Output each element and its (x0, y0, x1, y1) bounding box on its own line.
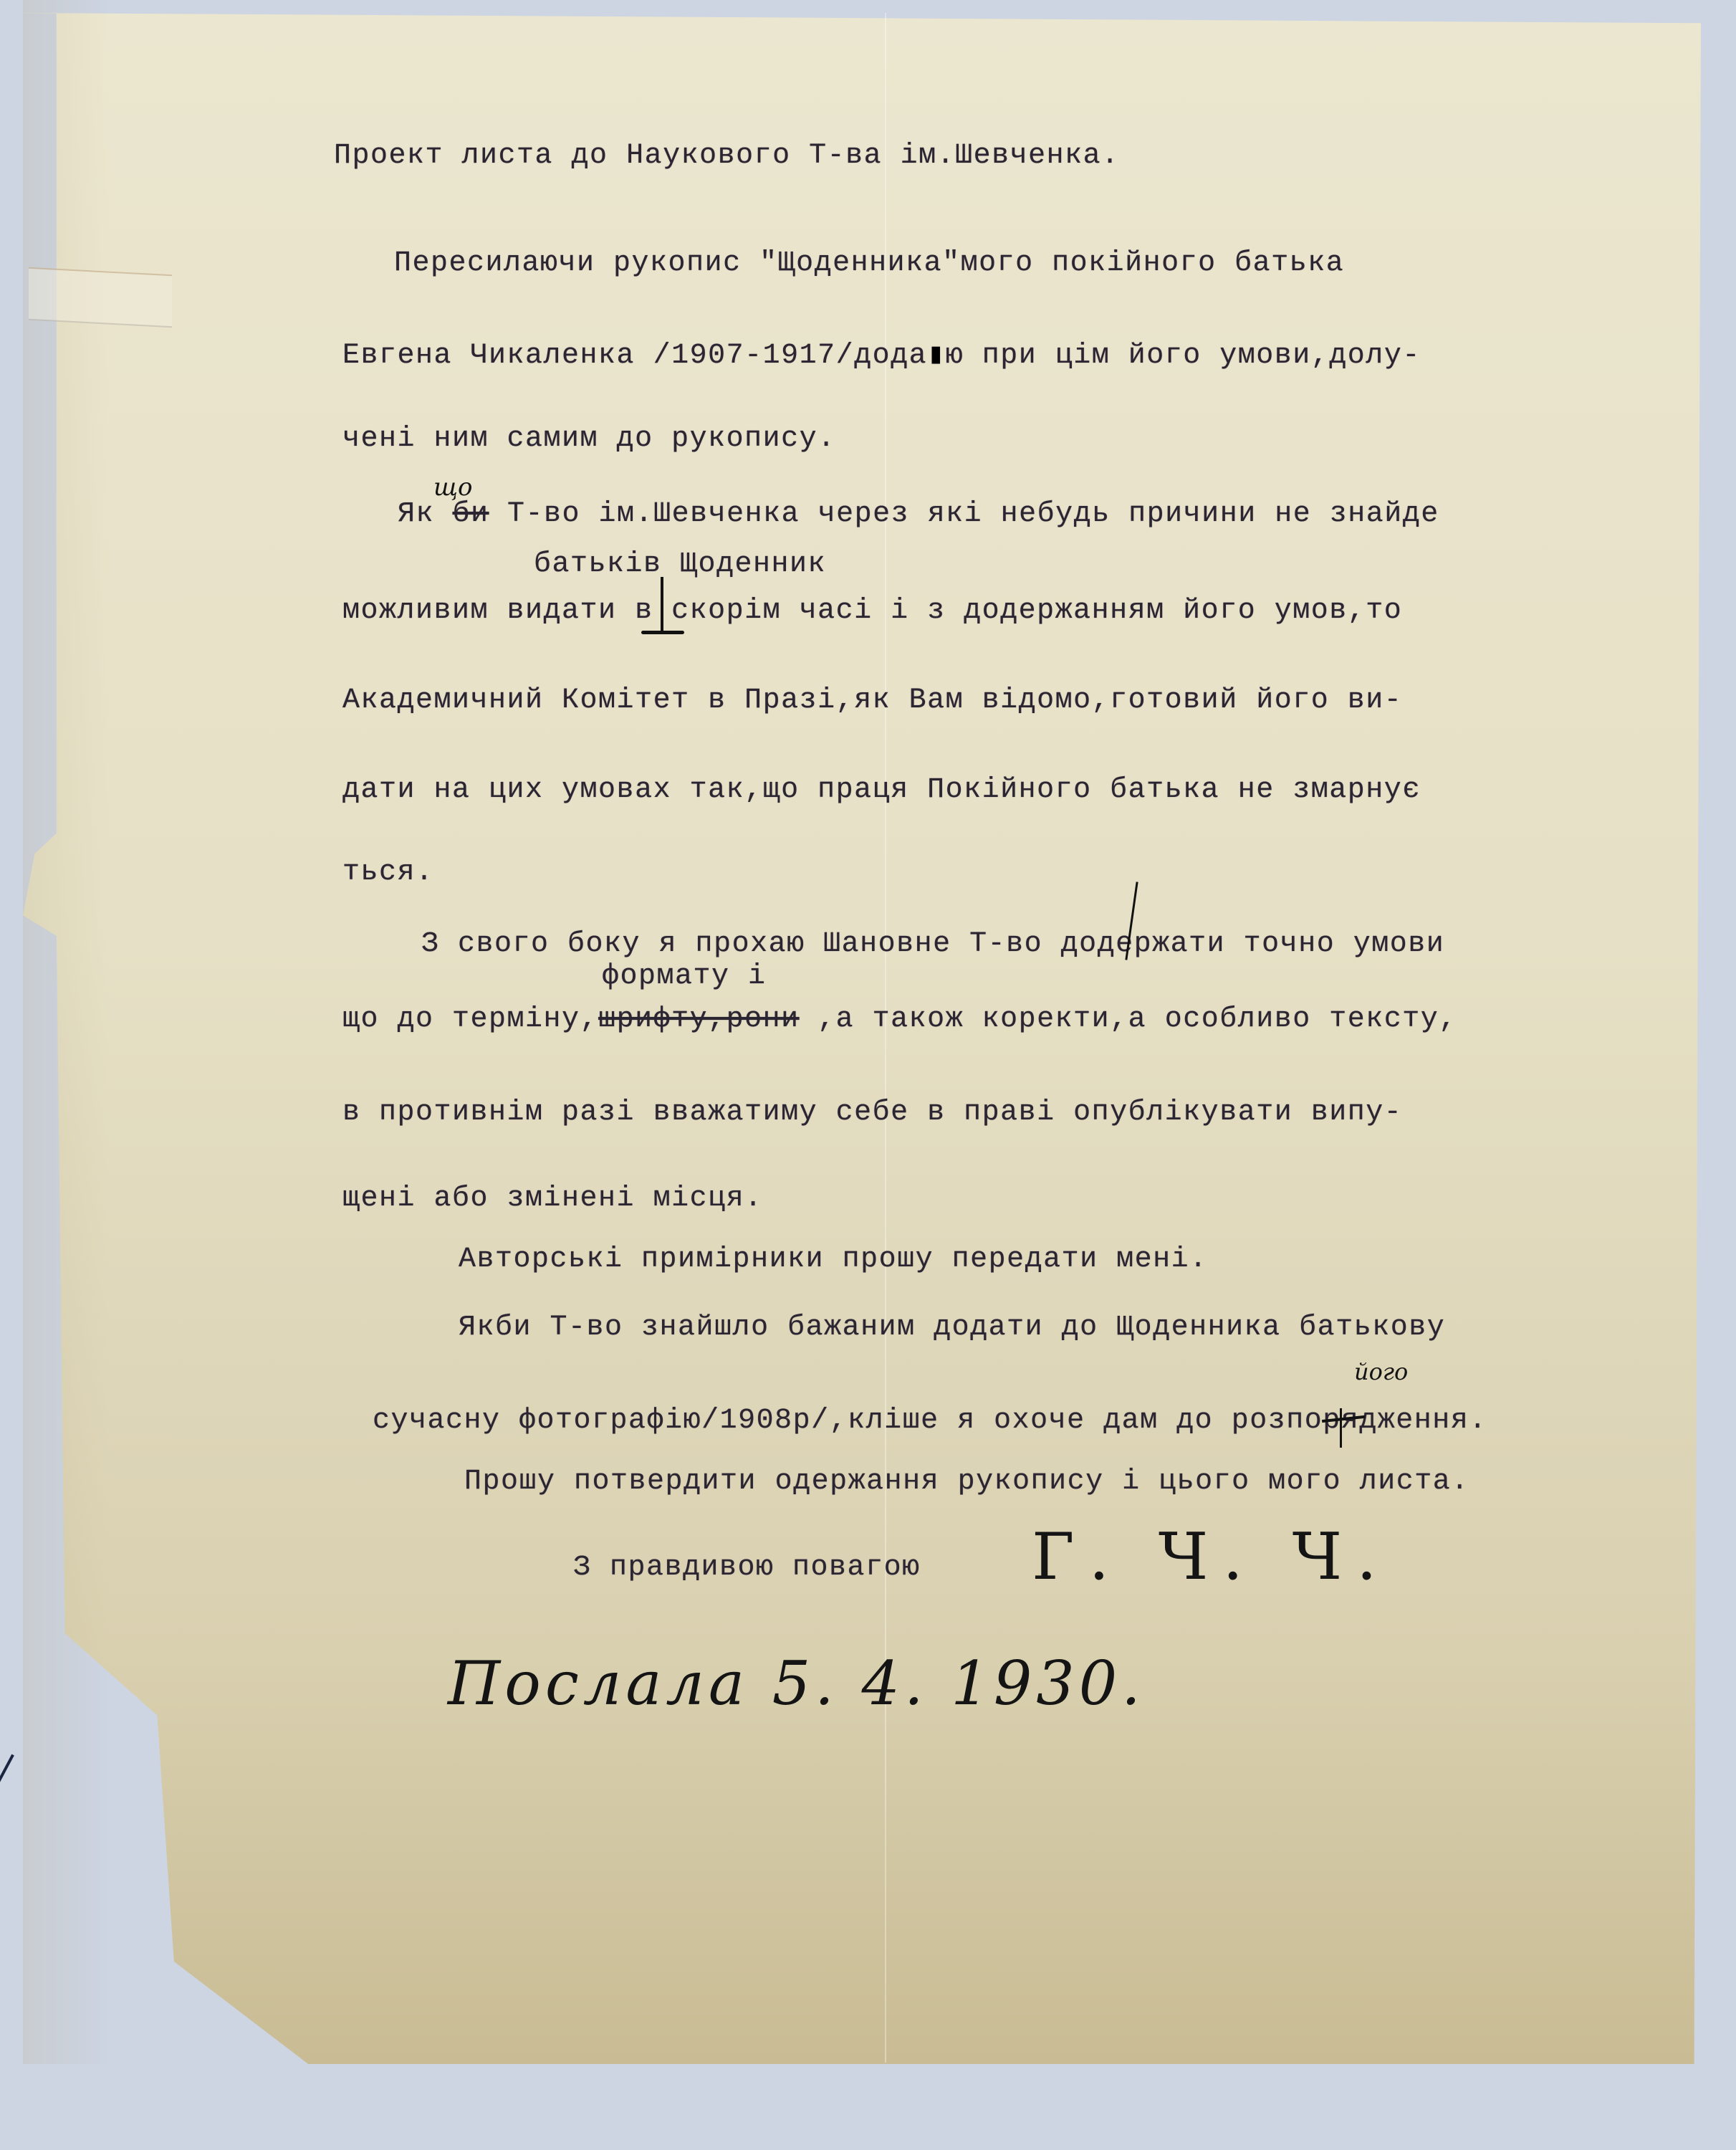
line-text: ,а також коректи,а особливо тексту, (800, 1003, 1457, 1036)
line-text: сучасну фотографію/1908р/,кліше я охоче … (373, 1405, 1213, 1437)
document-title: Проект листа до Наукового Т-ва ім.Шевчен… (334, 140, 1120, 172)
paragraph-2-line-3: Академичний Комітет в Празі,як Вам відом… (342, 684, 1402, 717)
line-text: Як (398, 498, 453, 530)
insertion-caret-base (641, 631, 684, 634)
paragraph-1-line-1: Пересилаючи рукопис "Щоденника"мого покі… (394, 247, 1344, 279)
line-text: ю при цім його умови,долу- (946, 340, 1421, 372)
insertion-caret-stem (661, 577, 663, 634)
struck-word: би (453, 498, 489, 530)
paragraph-5-line-2: сучасну фотографію/1908р/,кліше я охоче … (373, 1405, 1487, 1437)
paragraph-3-line-2: що до терміну,шрифту,рони ,а також корек… (342, 1003, 1457, 1036)
line-text: що до терміну, (342, 1003, 598, 1036)
handwritten-sent-note: Послала 5. 4. 1930. (448, 1648, 1145, 1719)
paragraph-5-line-1: Якби Т-во знайшло бажаним додати до Щоде… (459, 1311, 1445, 1344)
letter-paper (23, 13, 1701, 2064)
paragraph-3-line-3: в противнім разі вважатиму себе в праві … (342, 1096, 1402, 1129)
handwritten-insertion-yoho: його (1354, 1358, 1408, 1385)
paragraph-1-line-2: Евгена Чикаленка /1907-1917/дода▮ю при ц… (342, 337, 1421, 372)
insertion-caret-stem (1340, 1408, 1342, 1448)
paragraph-6-line-1: Прошу потвердити одержання рукопису і ць… (464, 1466, 1469, 1498)
line-text: Т-во ім.Шевченка через які небудь причин… (489, 498, 1439, 530)
paragraph-4-line-1: Авторські примірники прошу передати мені… (459, 1243, 1208, 1276)
paper-tear (29, 267, 172, 328)
typed-insertion-formatu-i: формату і (602, 960, 767, 993)
handwritten-insertion-shcho: що (433, 473, 473, 502)
paragraph-1-line-3: чені ним самим до рукопису. (342, 423, 836, 455)
paragraph-2-line-1: Як би Т-во ім.Шевченка через які небудь … (398, 498, 1439, 530)
closing-salutation: З правдивою повагою (573, 1552, 921, 1584)
struck-words: шрифту,рони (598, 1003, 800, 1036)
ink-blot-correction: ▮ (927, 337, 946, 372)
paragraph-2-line-4: дати на цих умовах так,що праця Покійног… (342, 774, 1421, 806)
typed-insertion-batkiv-shchodennyk: батьків Щоденник (534, 548, 826, 580)
line-text: Евгена Чикаленка /1907-1917/дода (342, 340, 927, 372)
paragraph-2-line-5: ться. (342, 856, 434, 889)
paragraph-2-line-2: можливим видати в скорім часі і з додерж… (342, 595, 1402, 627)
paragraph-3-line-4: щені або змінені місця. (342, 1182, 763, 1215)
paragraph-3-line-1: З свого боку я прохаю Шановне Т-во додер… (421, 928, 1444, 960)
signature: Г. Ч. Ч. (1032, 1519, 1391, 1595)
margin-pen-mark (0, 1754, 14, 1794)
line-text: розпорядження. (1232, 1405, 1487, 1437)
